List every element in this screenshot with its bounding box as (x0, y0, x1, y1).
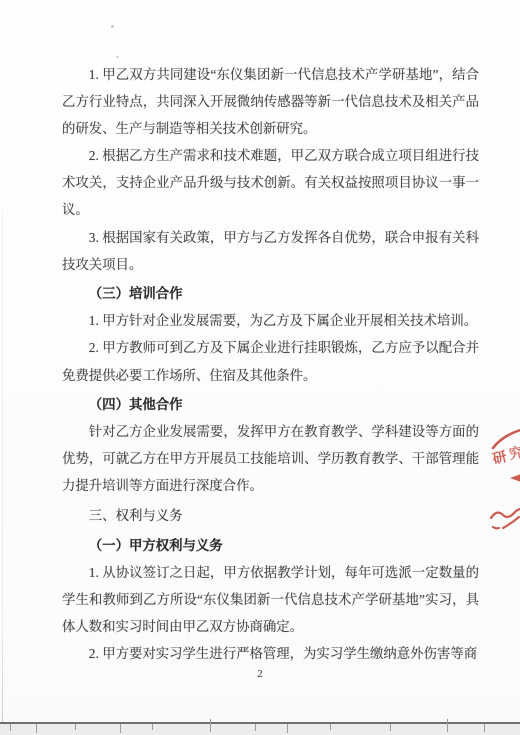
paragraph-subheading: 三、权利与义务 (62, 502, 479, 529)
scan-edge-tick (255, 724, 256, 731)
scan-edge-tick (210, 719, 211, 732)
scan-edge-tick (120, 724, 121, 733)
paragraph-body: 2. 甲方教师可到乙方及下属企业进行挂职锻炼，乙方应予以配合并免费提供必要工作场… (62, 334, 479, 388)
paragraph-heading: （三）培训合作 (62, 280, 479, 307)
scan-edge-tick (287, 724, 288, 733)
scan-edge-tick (330, 724, 331, 730)
document-body: 1. 甲乙双方共同建设“东仪集团新一代信息技术产学研基地”，结合乙方行业特点，共… (62, 61, 479, 667)
scan-left-edge-line (2, 212, 3, 735)
svg-text:究: 究 (508, 444, 520, 462)
scan-edge-tick (152, 724, 153, 730)
paragraph-body: 1. 甲乙双方共同建设“东仪集团新一代信息技术产学研基地”，结合乙方行业特点，共… (62, 61, 479, 142)
paragraph-body: 1. 甲方针对企业发展需要，为乙方及下属企业开展相关技术培训。 (62, 307, 479, 334)
scan-edge-tick (75, 724, 76, 730)
paragraph-body: 3. 根据国家有关政策，甲方与乙方发挥各自优势，联合申报有关科技攻关项目。 (62, 224, 479, 278)
scan-edge-tick (484, 724, 485, 732)
paragraph-body: 1. 从协议签订之日起，甲方依据教学计划，每年可选派一定数量的学生和教师到乙方所… (62, 559, 479, 640)
red-seal-stamp-graphic: 研 究 (487, 424, 520, 532)
scanned-document-page: 1. 甲乙双方共同建设“东仪集团新一代信息技术产学研基地”，结合乙方行业特点，共… (0, 0, 520, 735)
scan-edge-tick (447, 719, 448, 732)
paragraph-body: 2. 根据乙方生产需求和技术难题，甲乙双方联合成立项目组进行技术攻关，支持企业产… (62, 142, 479, 223)
star-icon (506, 457, 520, 496)
stamp-character: 研 (491, 448, 508, 467)
scan-edge-tick (36, 724, 37, 733)
paragraph-heading: （四）其他合作 (62, 391, 479, 418)
scan-edge-tick (10, 724, 11, 731)
scan-bottom-edge (0, 722, 520, 735)
scan-speck (116, 56, 119, 58)
scan-speck (111, 25, 114, 28)
paragraph-body: 针对乙方企业发展需要，发挥甲方在教育教学、学科建设等方面的优势，可就乙方在甲方开… (62, 418, 479, 499)
paragraph-heading: （一）甲方权利与义务 (62, 532, 479, 559)
paragraph-body: 2. 甲方要对实习学生进行严格管理，为实习学生缴纳意外伤害等商 (62, 640, 479, 667)
red-seal-stamp: 研 究 (487, 424, 520, 532)
scan-edge-tick (390, 724, 391, 731)
page-number: 2 (0, 668, 520, 682)
